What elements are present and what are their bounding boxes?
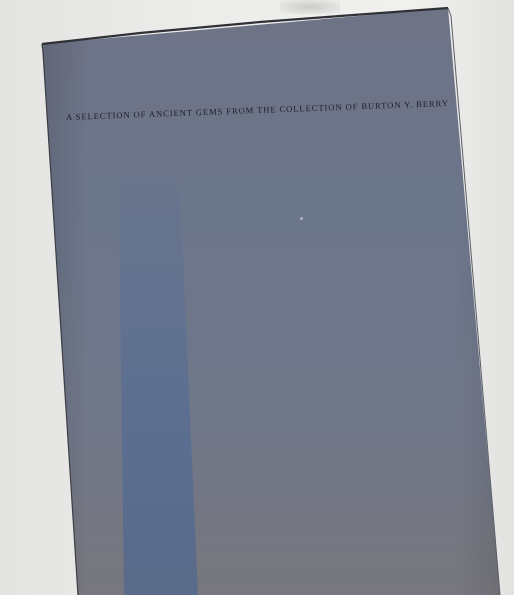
book-cover: A SELECTION OF ANCIENT GEMS FROM THE COL… xyxy=(0,0,514,595)
book-cover-shape xyxy=(0,0,514,595)
dust-speck xyxy=(300,217,303,220)
